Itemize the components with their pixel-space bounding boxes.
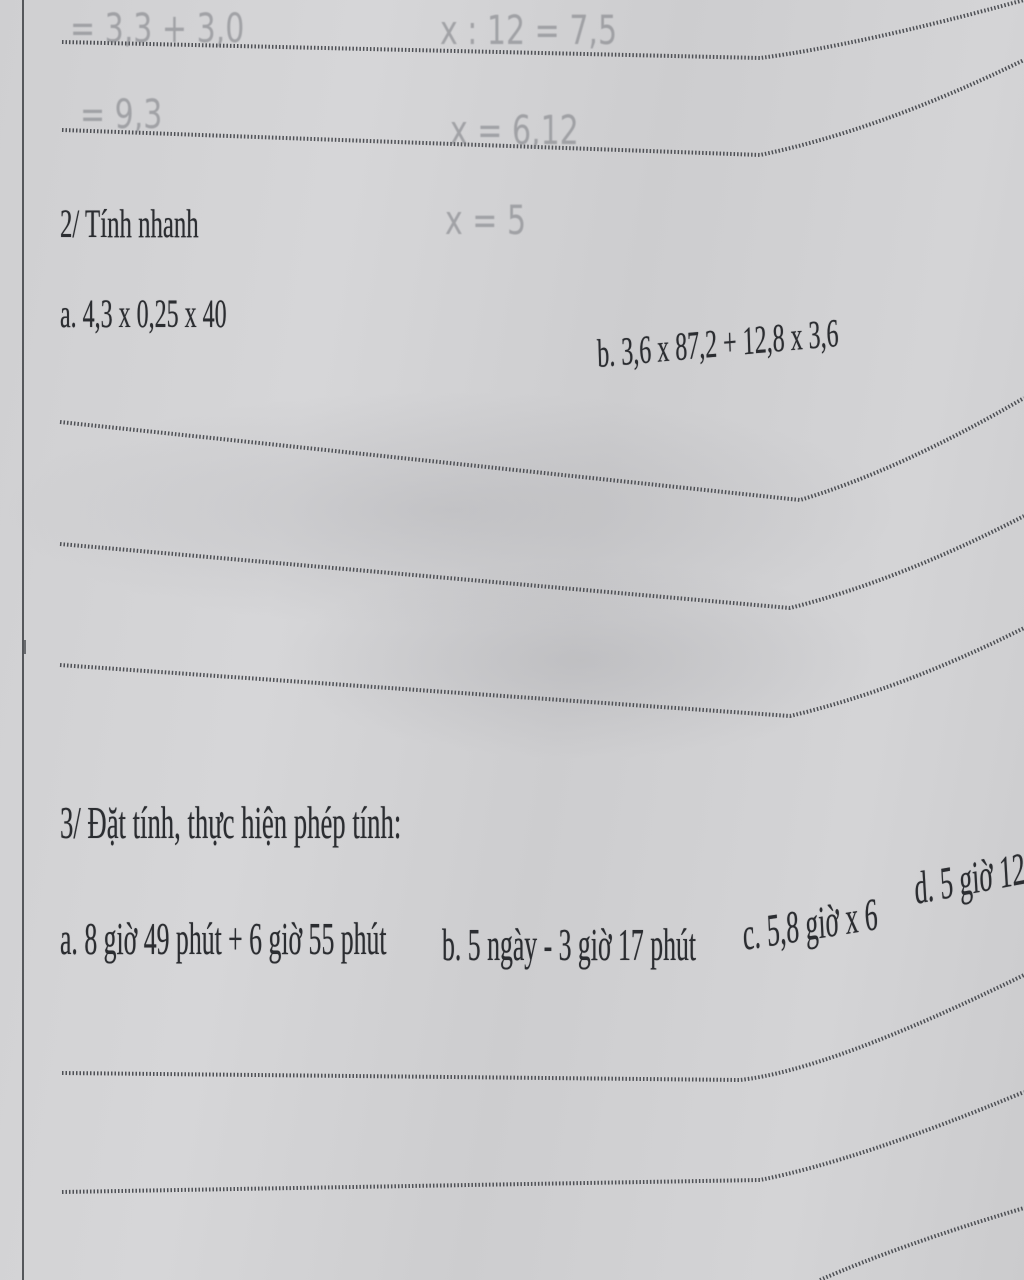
handwritten-note: x : 12 = 7,5: [440, 8, 617, 54]
problem-label: b.: [597, 329, 616, 376]
handwritten-note: x = 5: [445, 198, 526, 244]
problem-label: b.: [442, 919, 461, 970]
section-3-title: 3/ Đặt tính, thực hiện phép tính:: [60, 796, 401, 849]
problem-expression: 4,3 x 0,25 x 40: [83, 291, 227, 336]
section-2-title: 2/ Tính nhanh: [60, 200, 199, 247]
handwritten-note: = 3,3 + 3,0: [70, 6, 244, 52]
problem-label: c.: [741, 906, 761, 960]
handwritten-note: x = 6,12: [450, 108, 579, 154]
problem-label: a.: [60, 291, 77, 336]
problem-2a: a. 4,3 x 0,25 x 40: [60, 290, 227, 337]
handwritten-note: = 9,3: [80, 92, 162, 138]
problem-expression: 8 giờ 49 phút + 6 giờ 55 phút: [84, 913, 386, 964]
dotted-answer-lines: [0, 0, 1024, 1280]
problem-label: a.: [60, 913, 78, 964]
problem-label: d.: [913, 860, 935, 914]
problem-expression: 5 ngày - 3 giờ 17 phút: [468, 919, 696, 970]
problem-3b: b. 5 ngày - 3 giờ 17 phút: [442, 918, 696, 971]
problem-3a: a. 8 giờ 49 phút + 6 giờ 55 phút: [60, 912, 387, 965]
